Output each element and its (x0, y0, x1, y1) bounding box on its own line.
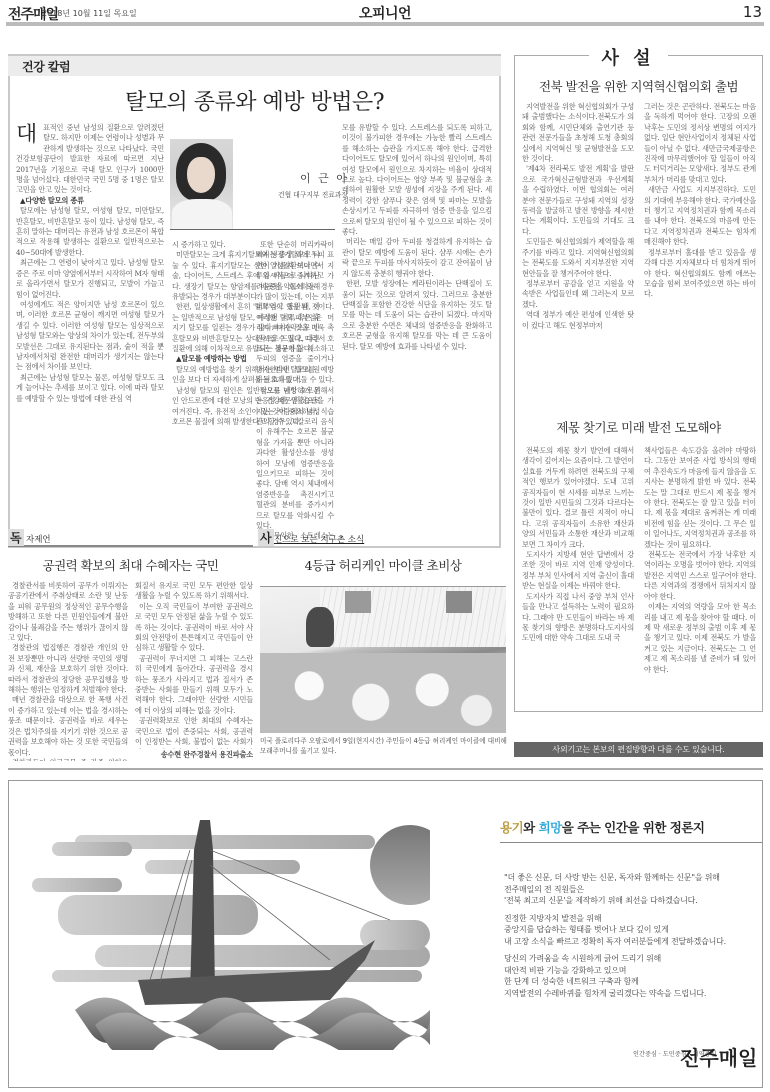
health-column-label: 건강 칼럼 (22, 58, 70, 75)
ad-brand-logo: 전주매일 (680, 1042, 757, 1071)
editorial-title-1: 전북 발전을 위한 지역혁신협의회 출범 (514, 77, 763, 95)
page-number: 13 (743, 3, 762, 21)
photo-section-label: 진으로 보는 지구촌 소식 (274, 533, 364, 545)
reader-col-1: 경찰관서를 비롯하여 공무가 이뤄지는 공공기관에서 주취상태로 소란 및 난동… (8, 581, 128, 761)
dropcap: 대 (16, 123, 37, 147)
photo-section-initial: 사 (258, 529, 274, 546)
ad-slogan-rule (500, 842, 762, 843)
photo-section-head: 사 진으로 보는 지구촌 소식 (258, 529, 508, 547)
ad-slogan: 용기와 희망을 주는 인간을 위한 정론지 (500, 818, 704, 836)
editorial-title-2: 제몫 찾기로 미래 발전 도모해야 (514, 418, 763, 436)
health-column-tab: 건강 칼럼 (8, 54, 501, 76)
editorial-1-col-1: 지역발전을 위한 혁신협의회가 구성돼 출범했다는 소식이다.전북도가 의회와 … (522, 102, 634, 408)
author-role: 건협 대구지부 진료과장 (278, 189, 348, 199)
reader-section-initial: 독 (8, 529, 24, 546)
disclaimer-bar: 사외기고는 본보의 편집방향과 다를 수도 있습니다. (514, 742, 763, 757)
editorial-top-rule-right (668, 55, 763, 56)
editorial-1-col-2: 그러는 것은 곤란하다. 전북도는 마음을 독하게 먹어야 한다. 고장의 오랜… (644, 102, 756, 408)
editorial-label: 사 설 (588, 44, 668, 70)
reader-section-label: 자제언 (26, 533, 51, 545)
reader-section-head: 독 자제언 (8, 529, 253, 547)
health-col-3-true: 또한 단순히 머리카락이 빠지는 증상 외에 두피 표면이 기름져 보이면서 지… (256, 240, 334, 540)
photo-caption: 미국 플로리다주 오팔로에서 9일(현지시간) 주민들이 4등급 허리케인 마이… (260, 736, 508, 756)
ad-top-rule (8, 768, 763, 770)
photo-news-title: 4등급 허리케인 마이클 초비상 (258, 556, 508, 574)
editorial-2-col-1: 전북도의 제몫 찾기 발언에 대해서 생각이 깊어지는 요즘이다. 그 발언이 … (522, 446, 634, 704)
health-col-4: 모를 유발할 수 있다. 스트레스를 되도록 피하고, 이것이 불가피한 경우에… (342, 123, 492, 541)
reader-title: 공권력 확보의 최대 수혜자는 국민 (8, 556, 253, 574)
health-column-title: 탈모의 종류와 예방 방법은? (8, 85, 501, 116)
reader-col-2: 회질서 유지로 국민 모두 편안한 일상생활을 누릴 수 있도록 하기 위해서다… (135, 581, 253, 749)
pen-nib-lighthouse-ship-icon (30, 820, 430, 1050)
health-col-1: 대 표적인 중년 남성의 질환으로 알려졌던 탈모. 하지만 이제는 연령이나 … (16, 123, 164, 541)
author-photo (170, 139, 233, 229)
editorial-top-rule-left (514, 55, 589, 56)
ad-body-text: "더 좋은 신문, 더 사랑 받는 신문, 독자와 함께하는 신문"을 위해 전… (504, 872, 726, 999)
reader-signature: 송수현 완주경찰서 용진파출소 (135, 750, 253, 761)
editorial-2-col-2: 책사업들은 속도감을 올려야 마땅하다. 그동안 보여준 사업 방식의 행태여 … (644, 446, 756, 704)
header-rule (6, 22, 764, 26)
section-name: 오피니언 (0, 3, 770, 23)
hurricane-photo (260, 586, 506, 733)
author-divider (170, 229, 335, 230)
